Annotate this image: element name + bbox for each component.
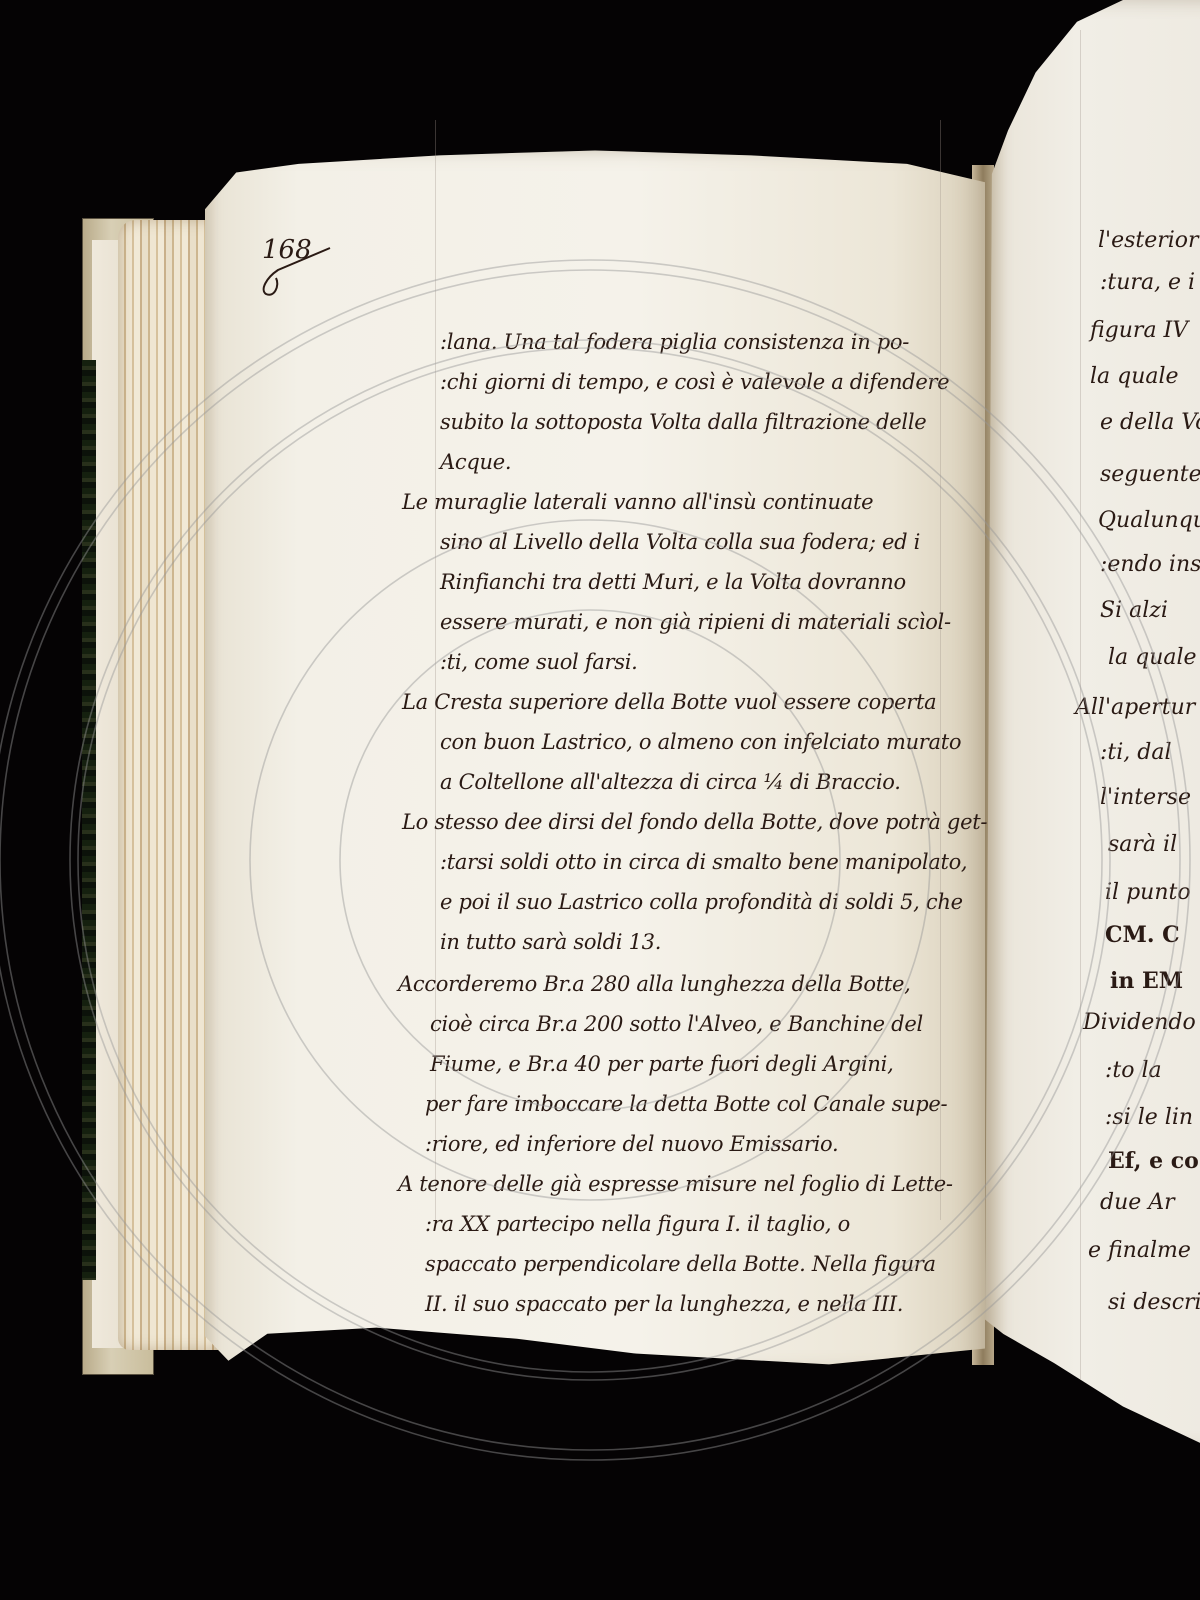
right-page-text: l'esterior :tura, e i figura IV la quale… <box>0 0 1200 1600</box>
text-line: l'esterior <box>1098 228 1199 253</box>
text-line: sarà il <box>1108 832 1177 857</box>
text-line: Qualunque <box>1098 508 1200 533</box>
text-line: Ef, e co <box>1108 1148 1199 1174</box>
text-line: l'interse <box>1100 785 1191 810</box>
text-line: seguente <box>1100 462 1200 487</box>
text-line: :tura, e i <box>1100 270 1195 295</box>
text-line: due Ar <box>1100 1190 1175 1215</box>
text-line: Si alzi <box>1100 598 1168 623</box>
text-line: :si le lin <box>1105 1105 1193 1130</box>
text-line: la quale <box>1090 364 1179 389</box>
text-line: e finalme <box>1088 1238 1191 1263</box>
text-line: la quale <box>1108 645 1197 670</box>
text-line: :ti, dal <box>1100 740 1172 765</box>
text-line: :to la <box>1105 1058 1162 1083</box>
manuscript-photo: 168 :lana. Una tal fodera piglia consist… <box>0 0 1200 1600</box>
text-line: si descri <box>1108 1290 1200 1315</box>
text-line: e della Vo <box>1100 410 1200 435</box>
text-line: il punto <box>1105 880 1191 905</box>
text-line: in EM <box>1110 968 1183 994</box>
text-line: CM. C <box>1105 922 1180 948</box>
text-line: All'apertur <box>1075 695 1195 720</box>
text-line: figura IV <box>1090 318 1188 343</box>
text-line: Dividendo <box>1083 1010 1196 1035</box>
text-line: :endo ins <box>1100 552 1200 577</box>
